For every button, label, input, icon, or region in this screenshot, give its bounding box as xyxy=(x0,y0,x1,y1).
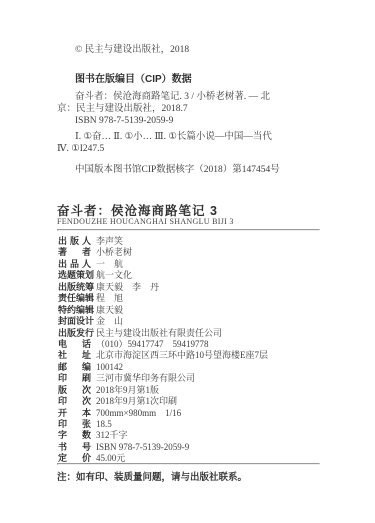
field-value: 民主与建设出版社有限责任公司 xyxy=(96,328,222,338)
field-value: 三河市冀华印务有限公司 xyxy=(96,373,195,383)
publication-info-row: 邮编100142 xyxy=(58,362,268,373)
publication-info-list: 出版人李声笑 著者小桥老树 出品人一 航 选题策划航一文化 出版统筹康天毅 李 … xyxy=(58,236,268,465)
cip-description-line1: 奋斗者：侯沧海商路笔记. 3 / 小桥老树著. — 北 xyxy=(57,91,270,103)
field-value: 100142 xyxy=(96,362,123,372)
publication-info-row: 印次2018年9月第1次印刷 xyxy=(58,396,268,407)
field-label: 社址 xyxy=(58,350,91,361)
field-value: 康天毅 李 丹 xyxy=(96,282,159,292)
publication-info-row: 出品人一 航 xyxy=(58,259,268,270)
field-label: 责任编辑 xyxy=(58,293,91,304)
publication-info-row: 出版人李声笑 xyxy=(58,236,268,247)
field-value: 康天毅 xyxy=(96,305,123,315)
field-label: 字数 xyxy=(58,430,91,441)
publication-info-row: 出版发行民主与建设出版社有限责任公司 xyxy=(58,328,268,339)
publication-info-row: 特约编辑康天毅 xyxy=(58,305,268,316)
cip-classification-line2: Ⅳ. ①I247.5 xyxy=(57,143,272,155)
cip-section-heading: 图书在版编目（CIP）数据 xyxy=(75,70,192,85)
field-value: （010）59417747 59419778 xyxy=(96,339,209,349)
publication-info-row: 印刷三河市冀华印务有限公司 xyxy=(58,373,268,384)
publication-info-row: 社址北京市海淀区西三环中路10号望海楼E座7层 xyxy=(58,350,268,361)
publication-info-row: 开本700mm×980mm 1/16 xyxy=(58,408,268,419)
publication-info-row: 电话（010）59417747 59419778 xyxy=(58,339,268,350)
cip-classification: Ⅰ. ①奋… Ⅱ. ①小… Ⅲ. ①长篇小说—中国—当代 Ⅳ. ①I247.5 xyxy=(57,131,272,155)
field-value: 18.5 xyxy=(96,419,112,429)
publication-info-row: 印张18.5 xyxy=(58,419,268,430)
field-label: 特约编辑 xyxy=(58,305,91,316)
field-value: 一 航 xyxy=(96,259,123,269)
book-copyright-page: © 民主与建设出版社，2018 图书在版编目（CIP）数据 奋斗者：侯沧海商路笔… xyxy=(0,0,375,523)
copyright-notice: © 民主与建设出版社，2018 xyxy=(75,41,189,55)
publication-info-row: 字数312千字 xyxy=(58,430,268,441)
field-value: 李声笑 xyxy=(96,236,123,246)
field-label: 封面设计 xyxy=(58,316,91,327)
field-label: 电话 xyxy=(58,339,91,350)
field-value: 金 山 xyxy=(96,316,123,326)
field-value: 2018年9月第1次印刷 xyxy=(96,396,177,406)
field-value: 航一文化 xyxy=(96,270,132,280)
book-title-pinyin: FENDOUZHE HOUCANGHAI SHANGLU BIJI 3 xyxy=(57,217,234,226)
field-value: 312千字 xyxy=(96,430,128,440)
divider-bottom xyxy=(57,463,320,465)
field-value: 程 旭 xyxy=(96,293,123,303)
publication-info-row: 书号ISBN 978-7-5139-2059-9 xyxy=(58,442,268,453)
publication-info-row: 责任编辑程 旭 xyxy=(58,293,268,304)
field-label: 选题策划 xyxy=(58,270,91,281)
field-label: 出版统筹 xyxy=(58,282,91,293)
publication-info-row: 封面设计金 山 xyxy=(58,316,268,327)
cip-isbn-line: ISBN 978-7-5139-2059-9 xyxy=(57,115,270,127)
publication-info-row: 出版统筹康天毅 李 丹 xyxy=(58,282,268,293)
field-label: 出版人 xyxy=(58,236,91,247)
cip-description: 奋斗者：侯沧海商路笔记. 3 / 小桥老树著. — 北 京：民主与建设出版社，2… xyxy=(57,91,270,127)
field-label: 印张 xyxy=(58,419,91,430)
publication-info-row: 选题策划航一文化 xyxy=(58,270,268,281)
field-value: 小桥老树 xyxy=(96,247,132,257)
field-label: 开本 xyxy=(58,408,91,419)
publication-info-row: 版次2018年9月第1版 xyxy=(58,385,268,396)
field-label: 书号 xyxy=(58,442,91,453)
field-label: 出品人 xyxy=(58,259,91,270)
field-value: 北京市海淀区西三环中路10号望海楼E座7层 xyxy=(96,350,268,360)
cip-record-number: 中国版本图书馆CIP数据核字（2018）第147454号 xyxy=(75,161,280,175)
cip-classification-line1: Ⅰ. ①奋… Ⅱ. ①小… Ⅲ. ①长篇小说—中国—当代 xyxy=(57,131,272,143)
publication-info-row: 著者小桥老树 xyxy=(58,247,268,258)
field-label: 版次 xyxy=(58,385,91,396)
field-label: 印刷 xyxy=(58,373,91,384)
field-label: 印次 xyxy=(58,396,91,407)
field-value: 2018年9月第1版 xyxy=(96,385,159,395)
field-value: ISBN 978-7-5139-2059-9 xyxy=(96,442,189,452)
field-label: 出版发行 xyxy=(58,328,91,339)
field-value: 45.00元 xyxy=(96,453,125,463)
field-label: 邮编 xyxy=(58,362,91,373)
divider-top xyxy=(57,229,320,231)
field-value: 700mm×980mm 1/16 xyxy=(96,408,181,418)
quality-note: 注：如有印、装质量问题，请与出版社联系。 xyxy=(57,469,247,483)
cip-description-line2: 京：民主与建设出版社，2018.7 xyxy=(57,103,270,115)
field-label: 著者 xyxy=(58,247,91,258)
